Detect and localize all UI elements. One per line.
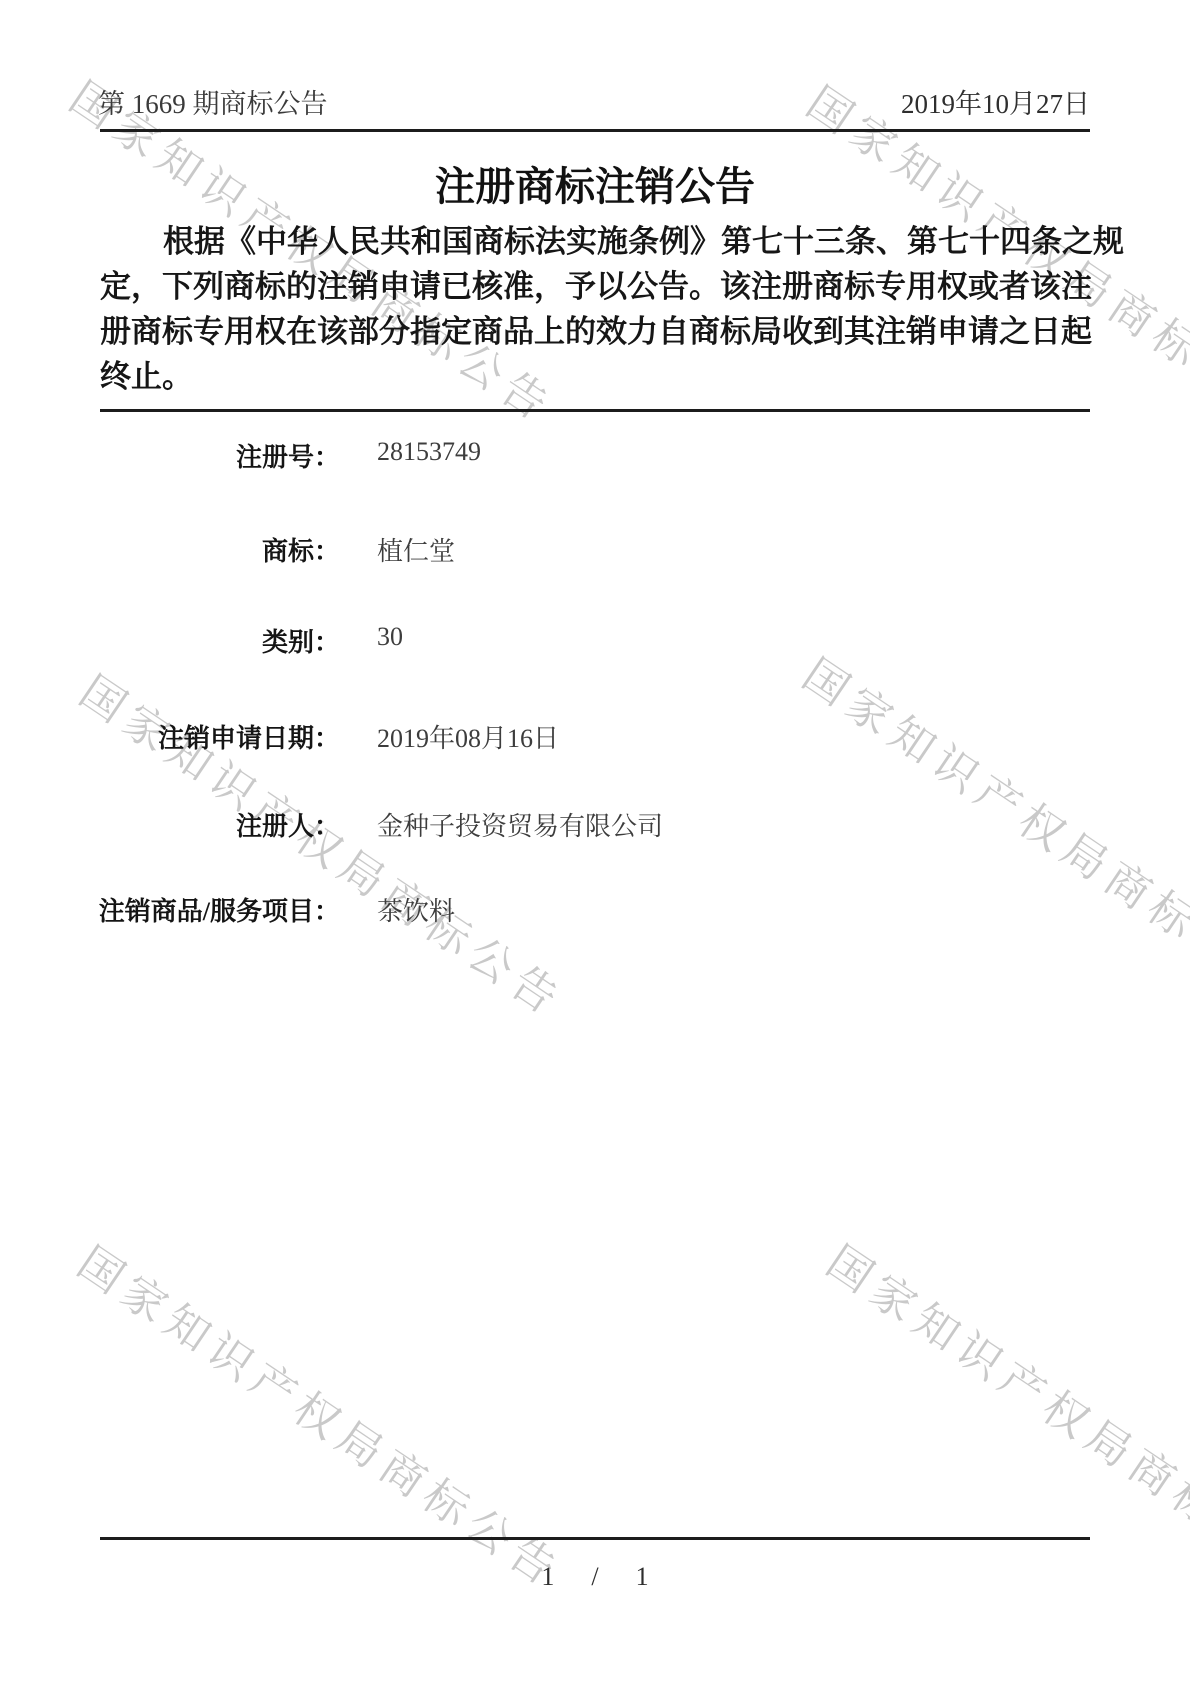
field-label: 注销商品/服务项目：: [0, 891, 340, 928]
field-label: 注销申请日期：: [0, 718, 340, 755]
page-separator: /: [591, 1562, 598, 1592]
issue-number-label: 第 1669 期商标公告: [98, 82, 328, 121]
field-label: 类别：: [0, 622, 340, 659]
field-row-class: 类别： 30: [0, 622, 1190, 652]
field-row-cancelled-goods-services: 注销商品/服务项目： 茶饮料: [0, 891, 1190, 921]
field-value: 30: [377, 622, 403, 652]
section-divider: [100, 409, 1090, 412]
field-value: 植仁堂: [377, 531, 455, 568]
page-content: 第 1669 期商标公告 2019年10月27日 注册商标注销公告 根据《中华人…: [0, 0, 1190, 1684]
field-label: 注册号：: [0, 437, 340, 474]
field-value: 28153749: [377, 437, 481, 467]
paragraph-line: 册商标专用权在该部分指定商品上的效力自商标局收到其注销申请之日起: [100, 309, 1092, 354]
field-value: 茶饮料: [377, 891, 455, 928]
publication-date: 2019年10月27日: [901, 82, 1090, 121]
field-label: 注册人：: [0, 806, 340, 843]
current-page: 1: [541, 1562, 554, 1592]
paragraph-line: 根据《中华人民共和国商标法实施条例》第七十三条、第七十四条之规: [100, 219, 1092, 264]
field-row-trademark: 商标： 植仁堂: [0, 531, 1190, 561]
field-value: 2019年08月16日: [377, 718, 559, 755]
field-label: 商标：: [0, 531, 340, 568]
announcement-page: 国家知识产权局商标公告 国家知识产权局商标公告 国家知识产权局商标公告 国家知识…: [0, 0, 1190, 1684]
header-divider: [100, 129, 1090, 132]
field-row-cancellation-apply-date: 注销申请日期： 2019年08月16日: [0, 718, 1190, 748]
paragraph-line: 终止。: [100, 354, 1092, 399]
field-value: 金种子投资贸易有限公司: [377, 806, 663, 843]
page-number: 1 / 1: [100, 1562, 1090, 1592]
page-title: 注册商标注销公告: [100, 155, 1090, 212]
field-row-registrant: 注册人： 金种子投资贸易有限公司: [0, 806, 1190, 836]
paragraph-line: 定，下列商标的注销申请已核准，予以公告。该注册商标专用权或者该注: [100, 264, 1092, 309]
footer-divider: [100, 1537, 1090, 1540]
total-pages: 1: [636, 1562, 649, 1592]
intro-paragraph: 根据《中华人民共和国商标法实施条例》第七十三条、第七十四条之规 定，下列商标的注…: [100, 219, 1092, 399]
field-row-registration-number: 注册号： 28153749: [0, 437, 1190, 467]
